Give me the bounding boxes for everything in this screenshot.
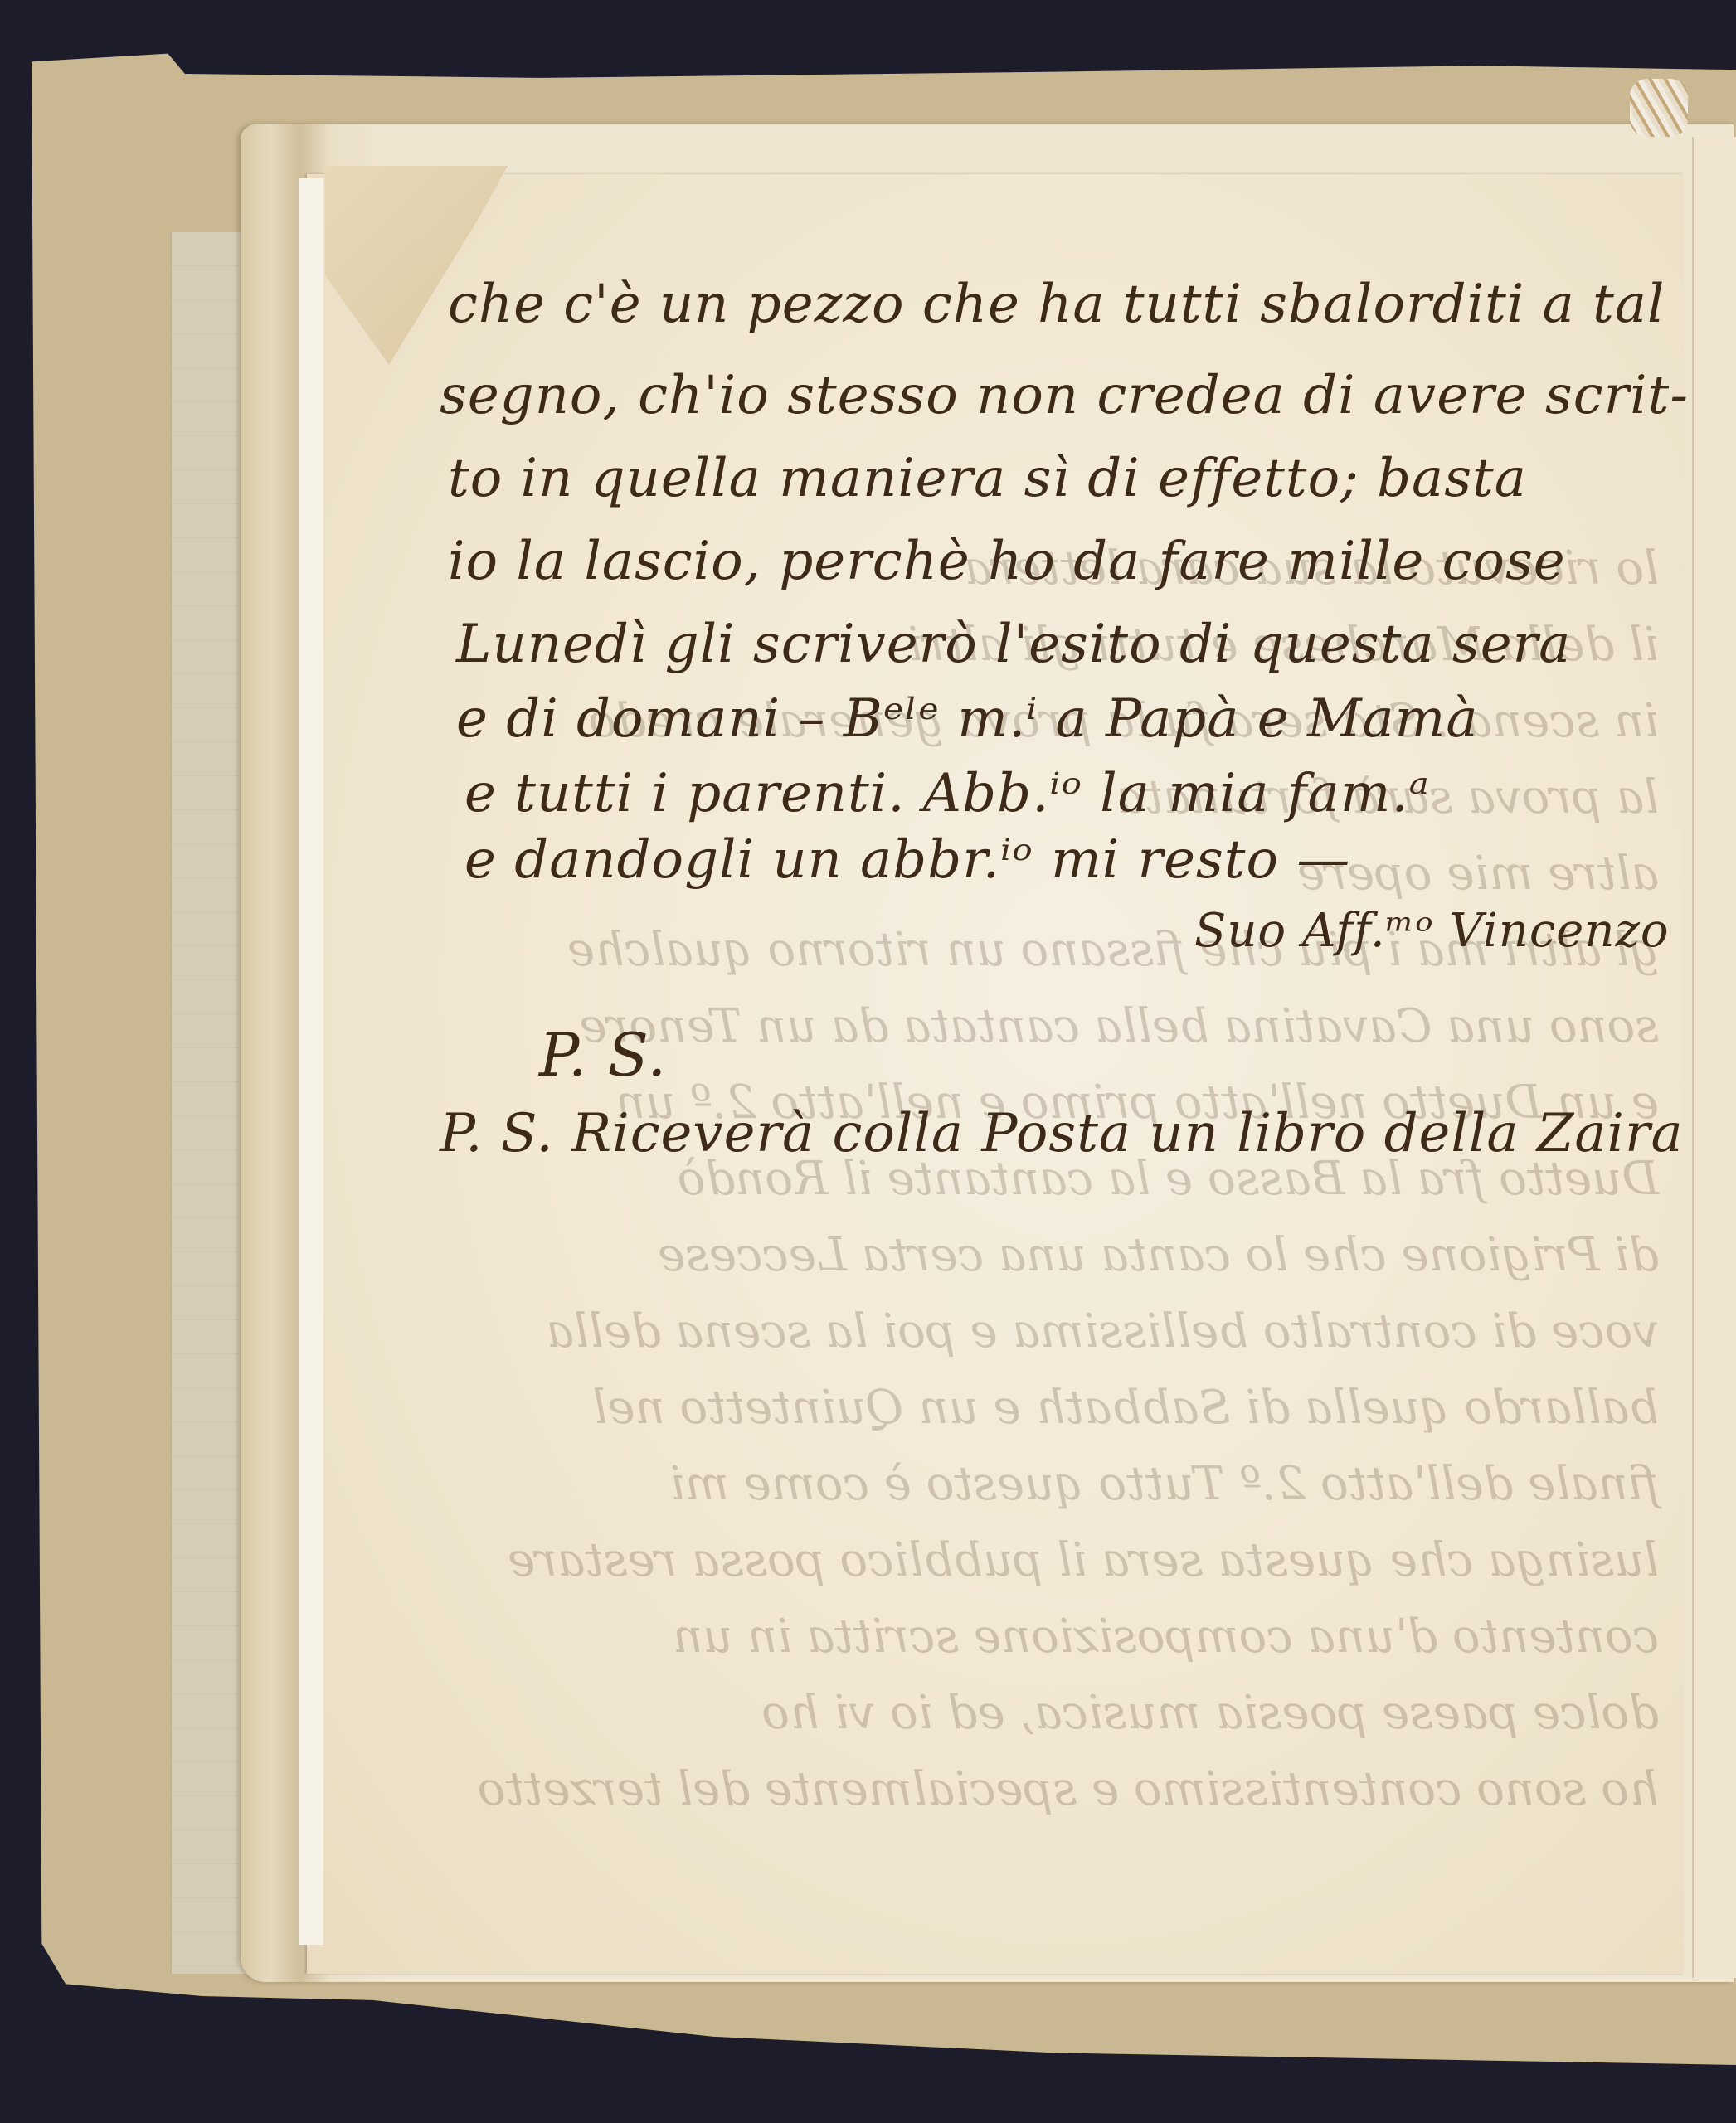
page-edge-white	[299, 178, 323, 1945]
manuscript-page	[307, 174, 1684, 1974]
postscript-text: P. S. Riceverà colla Posta un libro dell…	[440, 1103, 1684, 1164]
binding-thread	[1630, 79, 1688, 137]
letter-line-3: to in quella maniera sì di effetto; bast…	[448, 448, 1527, 509]
letter-line-1: che c'è un pezzo che ha tutti sbalorditi…	[448, 274, 1665, 335]
letter-line-6: e di domani – Bᵉˡᵉ m.ⁱ a Papà e Mamà	[456, 688, 1479, 750]
letter-line-8: e dandogli un abbr.ⁱᵒ mi resto —	[464, 829, 1350, 891]
letter-line-4: io la lascio, perchè ho da fare mille co…	[448, 531, 1566, 592]
letter-line-5: Lunedì gli scriverò l'esito di questa se…	[456, 614, 1571, 675]
postscript-label: P. S.	[539, 1020, 667, 1090]
letter-signature: Suo Aff.ᵐᵒ Vincenzo	[1194, 904, 1670, 958]
letter-line-7: e tutti i parenti. Abb.ⁱᵒ la mia fam.ᵃ	[464, 763, 1430, 824]
letter-line-2: segno, ch'io stesso non credea di avere …	[440, 365, 1689, 426]
facing-page-edge	[1692, 137, 1736, 1978]
